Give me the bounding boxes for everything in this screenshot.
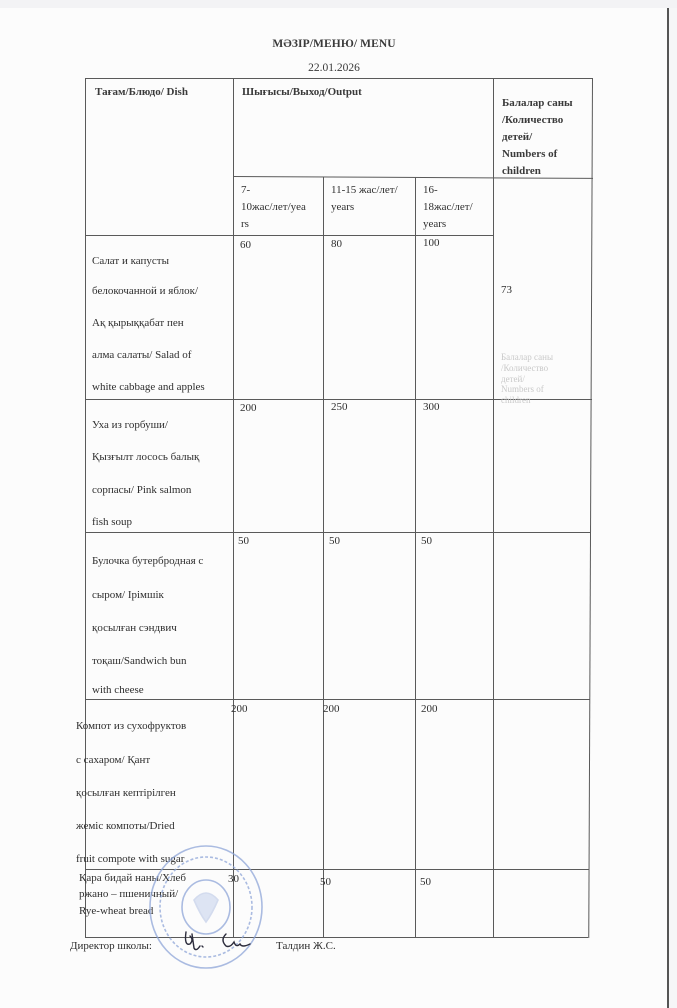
- header-dish: Тағам/Блюдо/ Dish: [95, 86, 188, 100]
- header-age-line: 10жас/лет/yea: [241, 199, 306, 216]
- value-age-16-18: 100: [423, 237, 440, 249]
- dish-line: алма салаты/ Salad of: [92, 349, 191, 361]
- row-divider-3: [85, 699, 590, 700]
- value-age-11-15: 250: [331, 401, 348, 413]
- value-age-16-18: 50: [420, 876, 431, 888]
- header-age-line: 7-: [241, 182, 306, 199]
- dish-line: Ақ қырыққабат пен: [92, 317, 184, 329]
- row-divider-2: [85, 532, 591, 533]
- header-age-16-18: 16- 18жас/лет/ years: [423, 182, 473, 233]
- header-children-line: детей/: [502, 129, 573, 146]
- value-age-7-10: 50: [238, 535, 249, 547]
- dish-line: Rye-wheat bread: [79, 905, 153, 917]
- header-children-line: Numbers of: [502, 146, 573, 163]
- col-divider-dish: [233, 78, 234, 938]
- col-divider-age1: [323, 177, 324, 938]
- table-border-left: [85, 78, 86, 938]
- dish-line: с сахаром/ Қант: [76, 754, 150, 766]
- dish-line: қосылған сэндвич: [92, 622, 177, 634]
- dish-line: with cheese: [92, 684, 144, 696]
- header-age-line: 11-15 жас/лет/: [331, 182, 398, 199]
- document-date: 22.01.2026: [0, 62, 668, 74]
- dish-line: Уха из горбуши/: [92, 419, 168, 431]
- col-divider-output: [493, 78, 494, 938]
- value-age-16-18: 200: [421, 703, 438, 715]
- value-age-7-10: 200: [240, 402, 257, 414]
- header-children: Балалар саны /Количество детей/ Numbers …: [502, 95, 573, 180]
- page-margin: [669, 8, 677, 1008]
- dish-line: Булочка бутербродная с: [92, 555, 203, 567]
- value-age-11-15: 200: [323, 703, 340, 715]
- dish-line: тоқаш/Sandwich bun: [92, 655, 187, 667]
- dish-line: Компот из сухофруктов: [76, 720, 186, 732]
- header-output: Шығысы/Выход/Output: [242, 86, 362, 100]
- table-border-top: [85, 78, 593, 79]
- dish-line: fish soup: [92, 516, 132, 528]
- dish-line: қосылған кептірілген: [76, 787, 176, 799]
- header-age-line: years: [331, 199, 398, 216]
- header-age-line: 16-: [423, 182, 473, 199]
- dish-line: белокочанной и яблок/: [92, 285, 198, 297]
- bleed-through-text: Балалар саны/Количестводетей/Numbers ofc…: [501, 352, 553, 406]
- dish-line: white cabbage and apples: [92, 381, 205, 393]
- header-age-line: 18жас/лет/: [423, 199, 473, 216]
- value-age-16-18: 50: [421, 535, 432, 547]
- row-divider-header: [85, 235, 493, 236]
- dish-line: сорпасы/ Pink salmon: [92, 484, 191, 496]
- header-children-line: Балалар саны: [502, 95, 573, 112]
- signature-icon: [180, 926, 260, 956]
- value-age-11-15: 50: [329, 535, 340, 547]
- children-count: 73: [501, 284, 512, 296]
- dish-line: Қызғылт лосось балық: [92, 451, 199, 463]
- header-age-line: years: [423, 216, 473, 233]
- value-age-7-10: 60: [240, 239, 251, 251]
- dish-line: сыром/ Ірімшік: [92, 589, 164, 601]
- dish-line: Салат и капусты: [92, 255, 169, 267]
- document-title: МӘЗІР/МЕНЮ/ MENU: [0, 38, 668, 50]
- header-children-line: /Количество: [502, 112, 573, 129]
- value-age-11-15: 80: [331, 238, 342, 250]
- header-age-line: rs: [241, 216, 306, 233]
- signature-label: Директор школы:: [70, 940, 152, 952]
- header-age-7-10: 7- 10жас/лет/yea rs: [241, 182, 306, 233]
- director-name: Талдин Ж.С.: [276, 940, 336, 952]
- value-age-16-18: 300: [423, 401, 440, 413]
- header-age-11-15: 11-15 жас/лет/ years: [331, 182, 398, 216]
- value-age-11-15: 50: [320, 876, 331, 888]
- col-divider-age2: [415, 177, 416, 938]
- header-children-line: children: [502, 163, 573, 180]
- value-age-7-10: 200: [231, 703, 248, 715]
- dish-line: жеміс компоты/Dried: [76, 820, 175, 832]
